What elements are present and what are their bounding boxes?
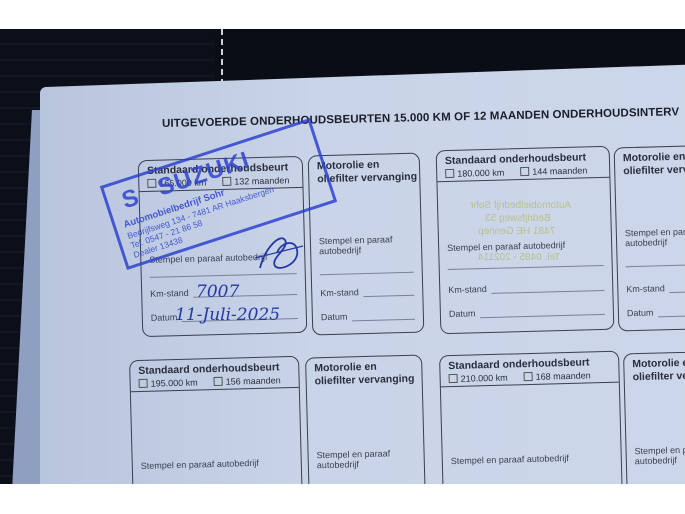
box-title: Motorolie enoliefilter vervanging — [306, 356, 422, 389]
signature — [255, 228, 305, 273]
checkbox-icon — [520, 167, 529, 176]
divider — [448, 265, 604, 270]
checkbox-icon — [139, 379, 148, 388]
months-option: 144 maanden — [520, 165, 587, 177]
months-option: 156 maanden — [214, 375, 281, 387]
km-stand-field: Km-stand — [448, 281, 604, 295]
bottom-border — [0, 484, 685, 514]
bleed-through-stamp: Tel. 0485 - 202114 — [478, 252, 560, 263]
stempel-label: Stempel en paraafautobedrijf — [634, 444, 685, 466]
stempel-label: Stempel en paraafautobedrijf — [319, 234, 393, 256]
bleed-through-stamp: 7481 HE Gennep — [478, 226, 555, 237]
divider — [320, 272, 414, 275]
handwritten-km-stand: 7007 — [196, 282, 239, 302]
bleed-through-stamp: Bedrijfsweg 53 — [485, 213, 551, 224]
stempel-label: Stempel en paraafautobedrijf — [316, 448, 390, 470]
service-box-standard-2: Standaard onderhoudsbeurt 180.000 km 144… — [436, 146, 615, 334]
stempel-label: Stempel en paraaf autobedrijf — [141, 458, 259, 471]
bleed-through-stamp: Automobielbedrijf Sohr — [470, 200, 571, 211]
checkbox-icon — [445, 169, 454, 178]
divider — [150, 273, 297, 278]
km-option: 180.000 km — [445, 168, 504, 180]
km-option: 195.000 km — [139, 377, 198, 389]
box-title: Motorolie enoliefilter vervanging — [615, 146, 685, 179]
checkbox-icon — [524, 372, 533, 381]
handwritten-date: 11-Juli-2025 — [175, 305, 280, 325]
km-option: 210.000 km — [449, 373, 508, 385]
divider — [626, 264, 685, 267]
stempel-label: Stempel en paraafautobedrijf — [625, 226, 685, 248]
suzuki-logo-icon: S — [119, 180, 156, 214]
checkbox-icon — [214, 377, 223, 386]
datum-field: Datum — [627, 306, 685, 318]
months-option: 168 maanden — [524, 370, 591, 382]
top-border — [0, 0, 685, 29]
datum-field: Datum — [449, 305, 605, 319]
stempel-label: Stempel en paraaf autobedrijf — [451, 453, 569, 466]
service-box-oil-2: Motorolie enoliefilter vervanging Stempe… — [614, 145, 685, 332]
checkbox-icon — [449, 374, 458, 383]
datum-field: Datum — [321, 310, 415, 322]
service-box-oil-4: Motorolie enoliefilter vervanging Stempe… — [623, 351, 685, 506]
km-stand-field: Km-stand — [320, 286, 414, 298]
km-stand-field: Km-stand — [626, 282, 685, 294]
box-title: Motorolie enoliefilter vervanging — [624, 352, 685, 385]
